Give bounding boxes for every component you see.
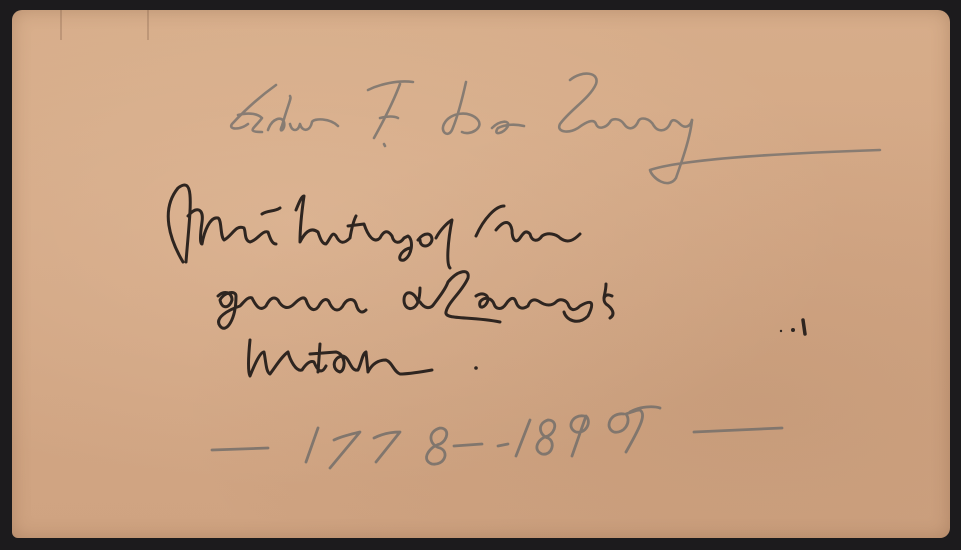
handwriting-layer [0, 0, 961, 550]
ink-inscription [168, 185, 805, 376]
pencil-dates [212, 407, 782, 468]
pencil-signature [231, 74, 880, 183]
